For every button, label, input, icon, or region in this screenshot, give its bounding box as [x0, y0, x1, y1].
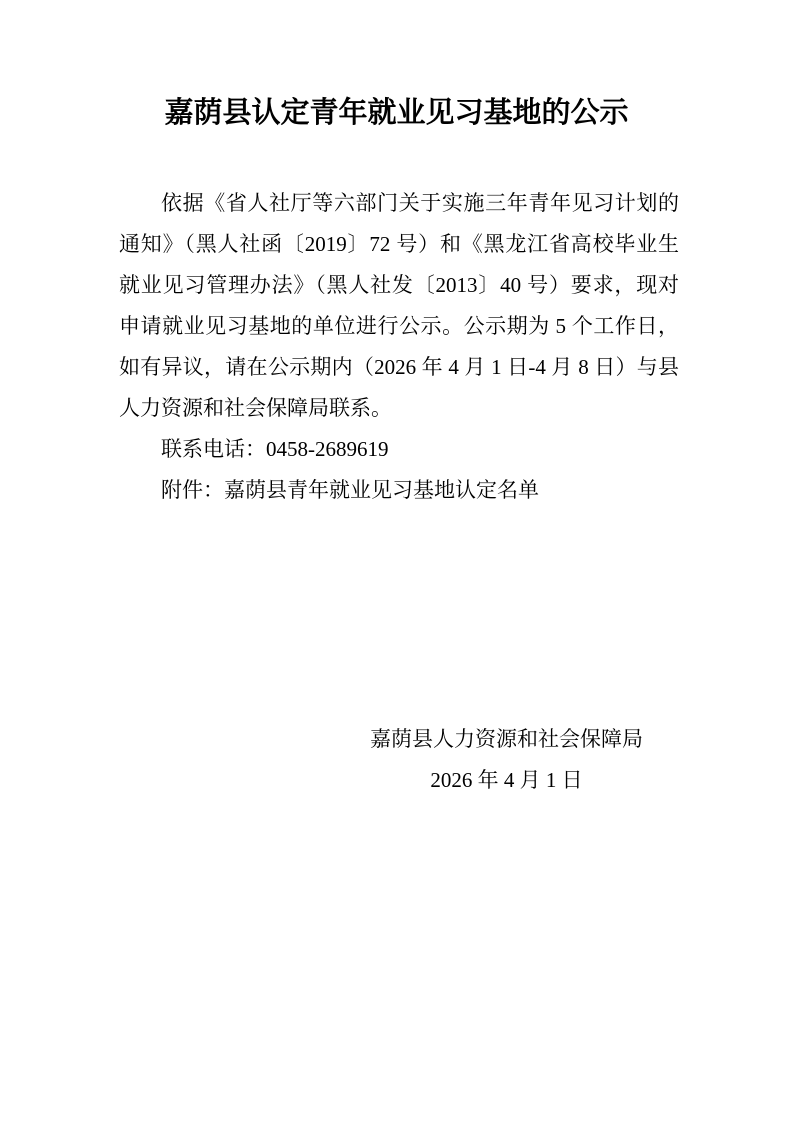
body-paragraph: 依据《省人社厅等六部门关于实施三年青年见习计划的通知》（黑人社函〔2019〕72… [119, 183, 679, 429]
signature-date: 2026 年 4 月 1 日 [370, 760, 643, 801]
document-body: 依据《省人社厅等六部门关于实施三年青年见习计划的通知》（黑人社函〔2019〕72… [119, 183, 679, 511]
document-title: 嘉荫县认定青年就业见习基地的公示 [60, 92, 733, 134]
contact-phone-line: 联系电话：0458-2689619 [119, 429, 679, 470]
attachment-line: 附件：嘉荫县青年就业见习基地认定名单 [119, 470, 679, 511]
signature-organization: 嘉荫县人力资源和社会保障局 [370, 719, 643, 760]
signature-block: 嘉荫县人力资源和社会保障局 2026 年 4 月 1 日 [370, 719, 643, 801]
document-page: 嘉荫县认定青年就业见习基地的公示 依据《省人社厅等六部门关于实施三年青年见习计划… [0, 0, 793, 1122]
